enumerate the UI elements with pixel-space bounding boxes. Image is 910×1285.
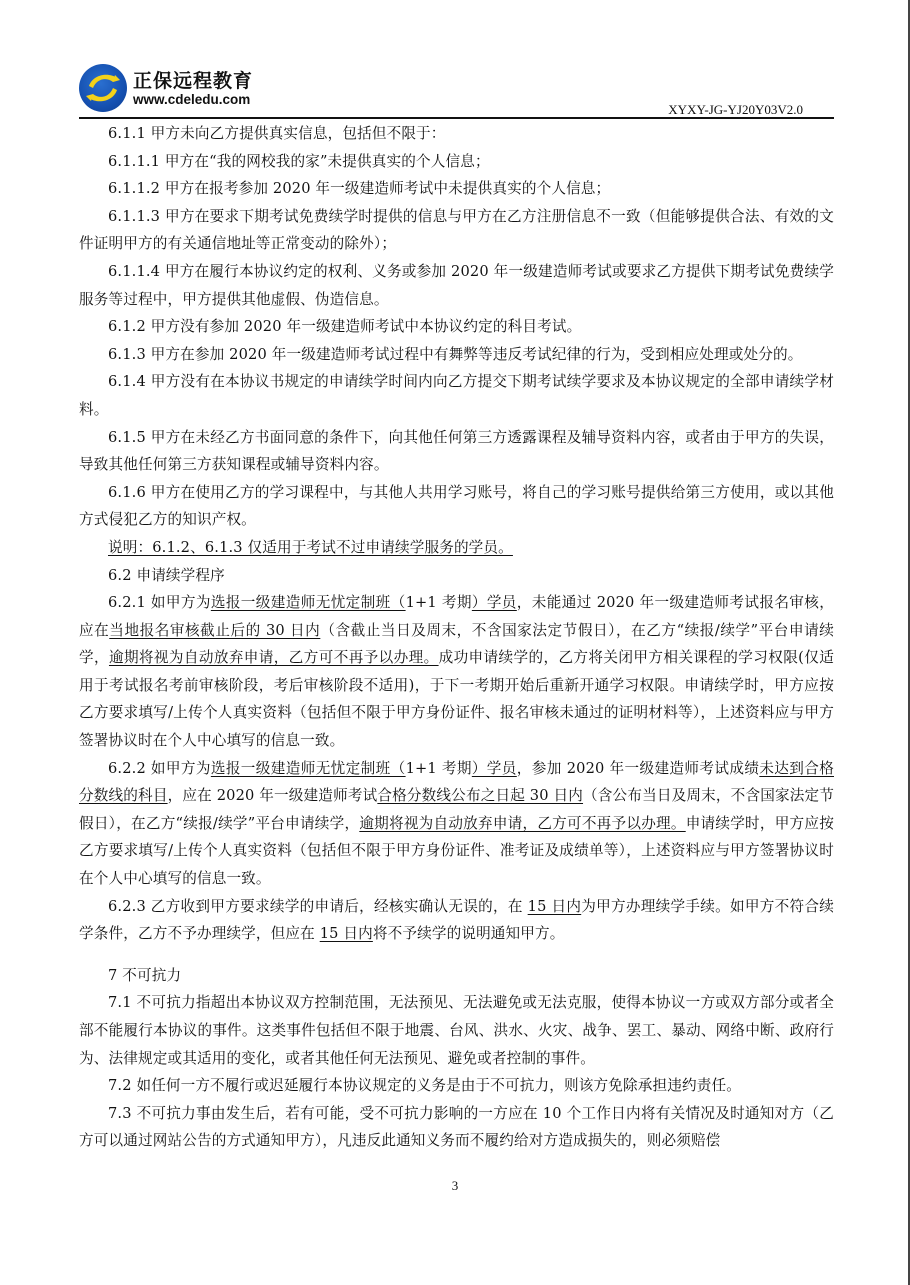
text-run: 6.2.1 如甲方为 <box>108 594 211 611</box>
clause-6-1-5: 6.1.5 甲方在未经乙方书面同意的条件下，向其他任何第三方透露课程及辅导资料内… <box>79 424 834 479</box>
underlined-text: 选报一级建造师无忧定制班（ <box>211 594 406 611</box>
text-run: ，参加 2020 年一级建造师考试成绩 <box>517 760 760 777</box>
clause-6-1-1-1: 6.1.1.1 甲方在“我的网校我的家”未提供真实的个人信息； <box>79 148 834 176</box>
underlined-text: 15 日内 <box>528 898 582 915</box>
section-7-heading: 7 不可抗力 <box>79 962 834 990</box>
underlined-text: 选报一级建造师无忧定制班（ <box>211 760 406 777</box>
clause-6-1-6: 6.1.6 甲方在使用乙方的学习课程中，与其他人共用学习账号，将自己的学习账号提… <box>79 479 834 534</box>
clause-6-1-1-3: 6.1.1.3 甲方在要求下期考试免费续学时提供的信息与甲方在乙方注册信息不一致… <box>79 203 834 258</box>
clause-7-1: 7.1 不可抗力指超出本协议双方控制范围，无法预见、无法避免或无法克服，使得本协… <box>79 989 834 1072</box>
clause-6-2-3: 6.2.3 乙方收到甲方要求续学的申请后，经核实确认无误的，在 15 日内为甲方… <box>79 893 834 948</box>
text-run: 1+1 考期 <box>406 760 472 777</box>
underlined-text: 当地报名审核截止后的 30 日内 <box>109 622 320 639</box>
clause-6-1-2: 6.1.2 甲方没有参加 2020 年一级建造师考试中本协议约定的科目考试。 <box>79 313 834 341</box>
underlined-text: ）学员 <box>472 594 517 611</box>
brand-name: 正保远程教育 <box>133 66 253 93</box>
section-6-2-heading: 6.2 申请续学程序 <box>79 562 834 590</box>
page-number: 3 <box>0 1178 910 1194</box>
text-run: 1+1 考期 <box>406 594 472 611</box>
clause-6-1-3: 6.1.3 甲方在参加 2020 年一级建造师考试过程中有舞弊等违反考试纪律的行… <box>79 341 834 369</box>
clause-7-3: 7.3 不可抗力事由发生后，若有可能，受不可抗力影响的一方应在 10 个工作日内… <box>79 1100 834 1155</box>
brand-url: www.cdeledu.com <box>133 92 250 107</box>
clause-6-1-1: 6.1.1 甲方未向乙方提供真实信息，包括但不限于： <box>79 120 834 148</box>
document-code: XYXY-JG-YJ20Y03V2.0 <box>668 102 803 118</box>
underlined-text: 合格分数线公布之日起 30 日内 <box>377 787 583 804</box>
document-body: 6.1.1 甲方未向乙方提供真实信息，包括但不限于： 6.1.1.1 甲方在“我… <box>79 120 834 1155</box>
clause-7-2: 7.2 如任何一方不履行或迟延履行本协议规定的义务是由于不可抗力，则该方免除承担… <box>79 1072 834 1100</box>
underlined-text: 逾期将视为自动放弃申请，乙方可不再予以办理。 <box>109 649 439 666</box>
text-run: 6.2.2 如甲方为 <box>108 760 211 777</box>
clause-6-2-1: 6.2.1 如甲方为选报一级建造师无忧定制班（1+1 考期）学员，未能通过 20… <box>79 589 834 755</box>
cdeledu-logo-icon <box>79 64 127 112</box>
clause-6-2-2: 6.2.2 如甲方为选报一级建造师无忧定制班（1+1 考期）学员，参加 2020… <box>79 755 834 893</box>
page-header: 正保远程教育 www.cdeledu.com XYXY-JG-YJ20Y03V2… <box>79 64 835 119</box>
note-text: 说明：6.1.2、6.1.3 仅适用于考试不过申请续学服务的学员。 <box>108 539 513 556</box>
text-run: 将不予续学的说明通知甲方。 <box>373 925 565 942</box>
clause-6-1-1-4: 6.1.1.4 甲方在履行本协议约定的权利、义务或参加 2020 年一级建造师考… <box>79 258 834 313</box>
header-rule <box>79 117 834 119</box>
text-run: 6.2.3 乙方收到甲方要求续学的申请后，经核实确认无误的，在 <box>108 898 528 915</box>
underlined-text: 15 日内 <box>320 925 373 942</box>
underlined-text: ）学员 <box>472 760 517 777</box>
underlined-text: 逾期将视为自动放弃申请，乙方可不再予以办理。 <box>359 815 685 832</box>
text-run: ，应在 2020 年一级建造师考试 <box>168 787 378 804</box>
clause-6-1-1-2: 6.1.1.2 甲方在报考参加 2020 年一级建造师考试中未提供真实的个人信息… <box>79 175 834 203</box>
clause-6-1-4: 6.1.4 甲方没有在本协议书规定的申请续学时间内向乙方提交下期考试续学要求及本… <box>79 368 834 423</box>
note-paragraph: 说明：6.1.2、6.1.3 仅适用于考试不过申请续学服务的学员。 <box>79 534 834 562</box>
